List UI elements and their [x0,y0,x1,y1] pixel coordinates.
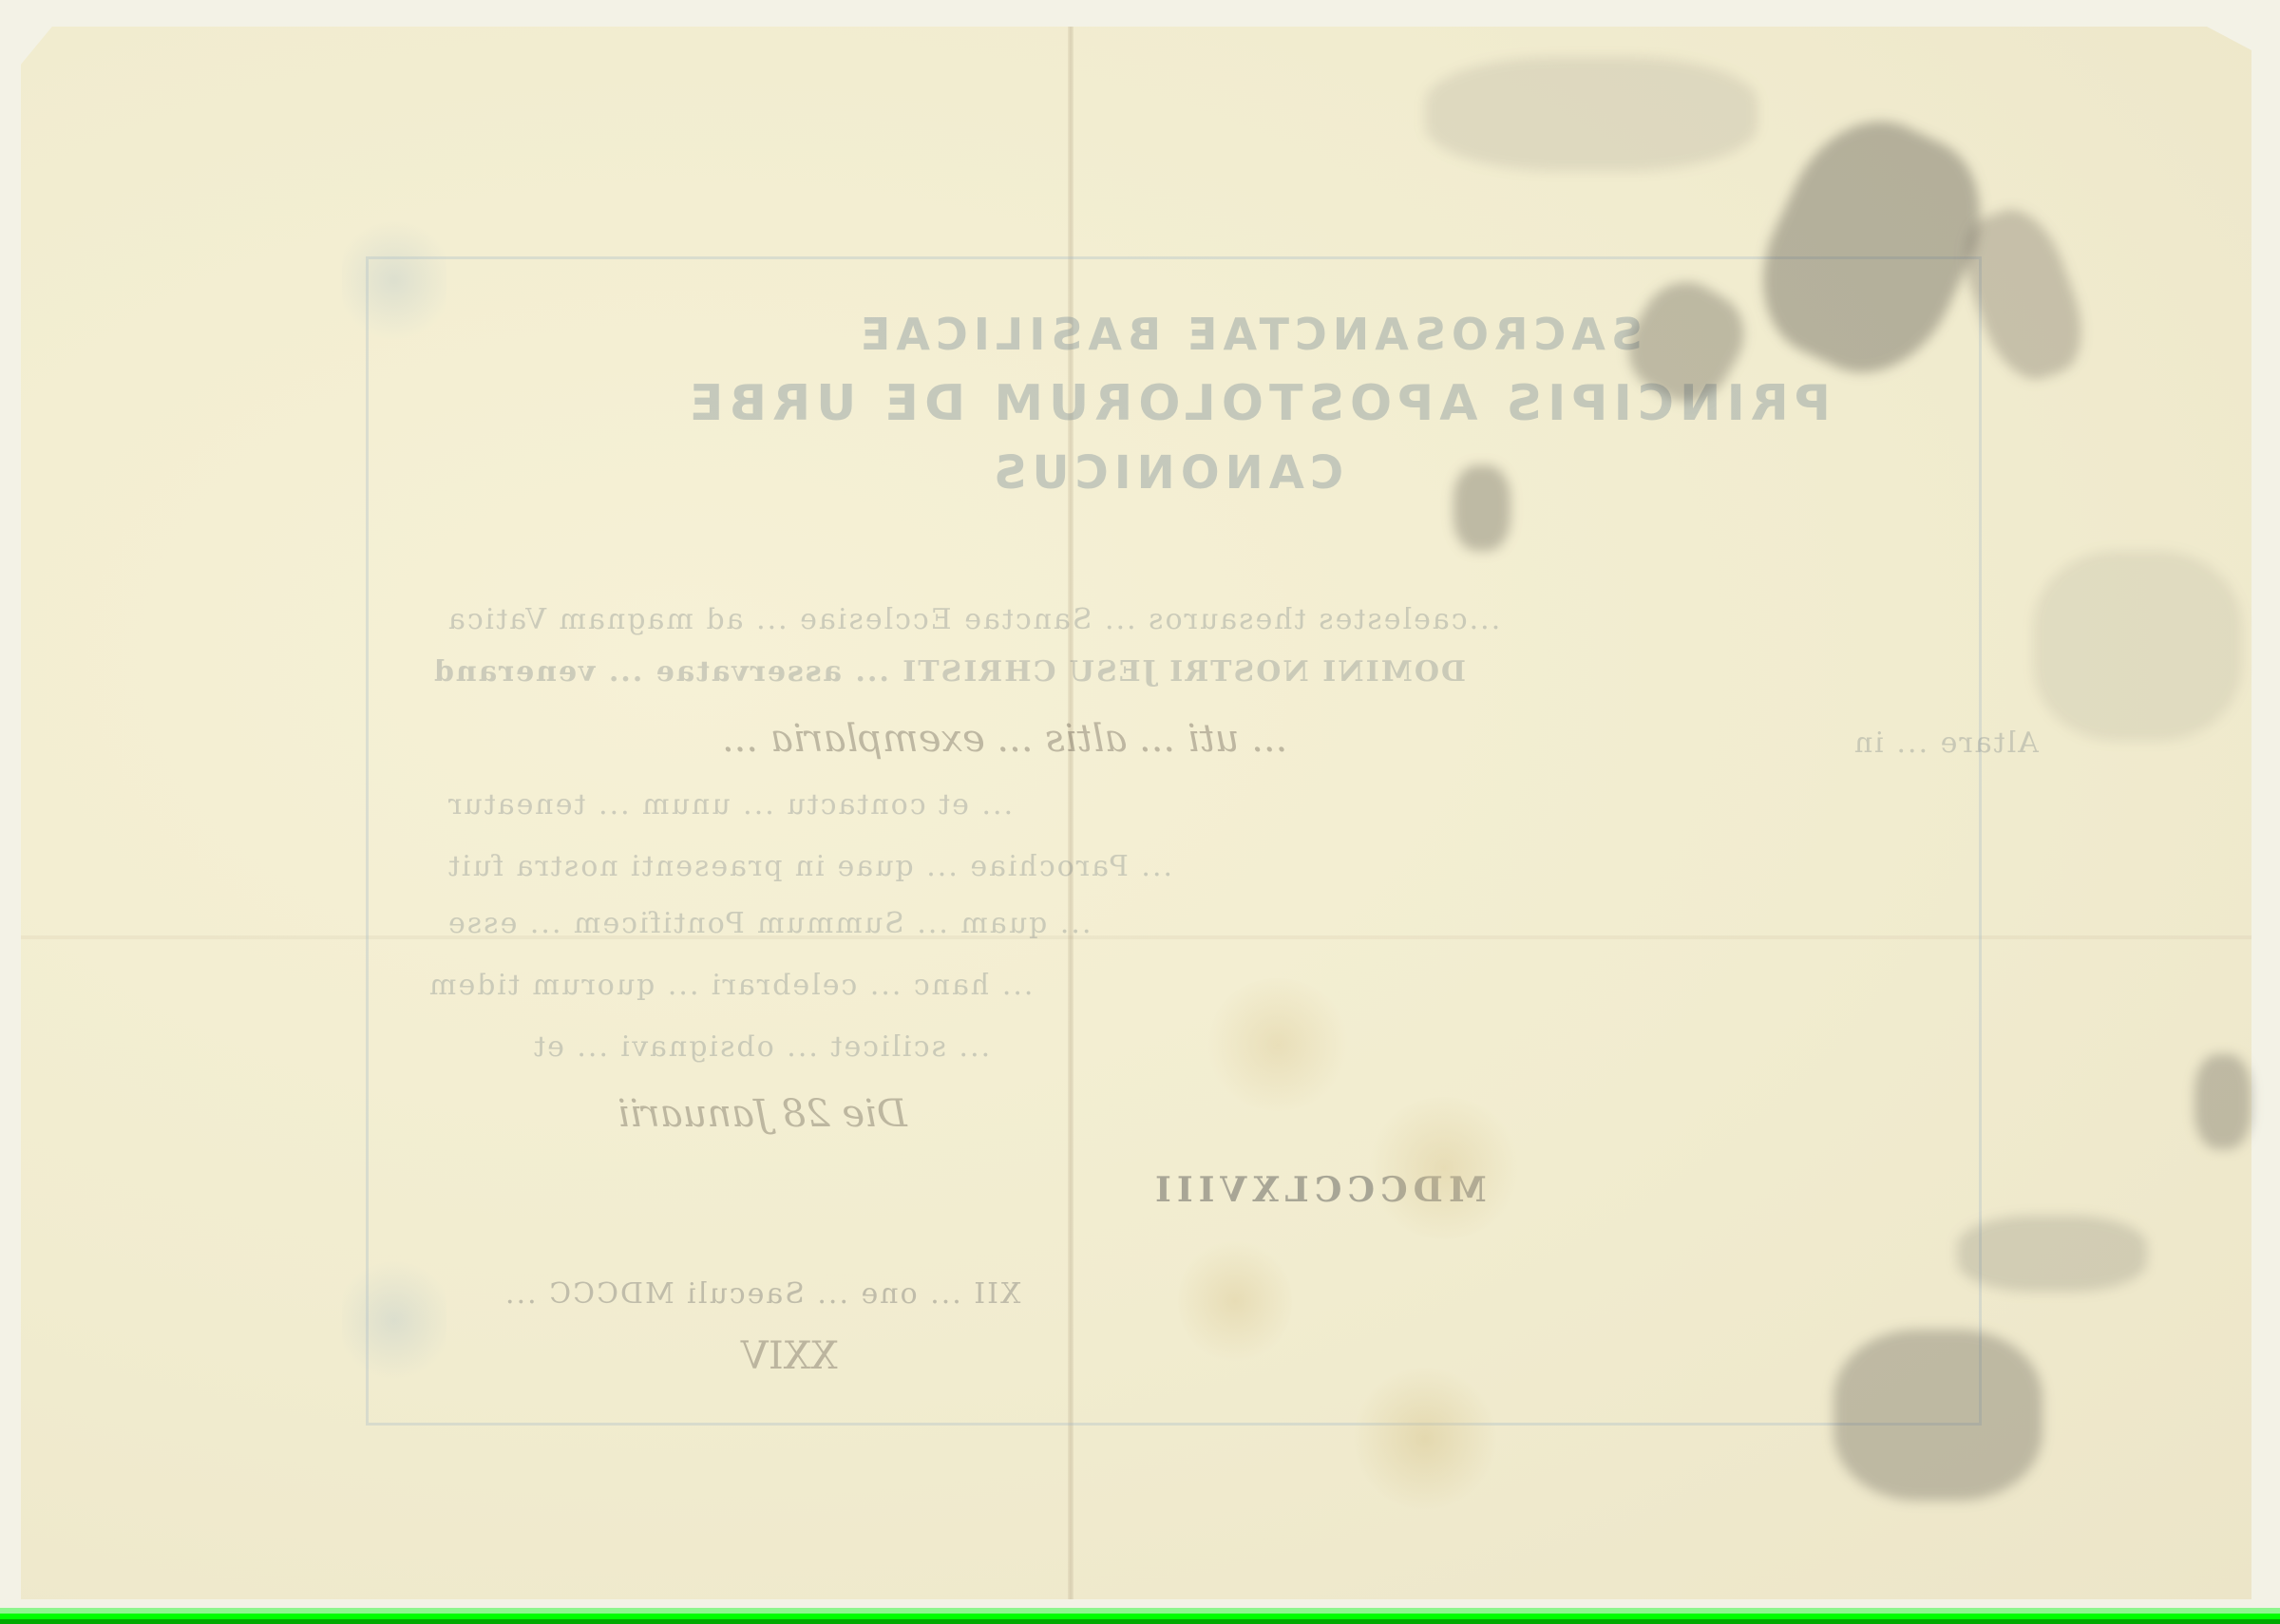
showthrough-body-line: ... Parochiae ... quae in praesenti nost… [446,850,1172,883]
showthrough-body-line: ... quam ... Summum Pontificem ... esse [446,907,1091,940]
water-stain [1206,978,1349,1111]
showthrough-body-line: ...caelestes thesauros ... Sanctae Eccle… [446,603,1500,636]
grime-smudge [2194,1054,2251,1149]
grime-smudge [1833,1330,2042,1501]
handwritten-date: Die 28 Januarii [617,1092,907,1136]
corner-ornament-top-left [342,214,446,347]
date-line: XII ... one ... Saeculi MDCCC ... [503,1277,1020,1311]
showthrough-body-line: DOMINI NOSTRI JESU CHRISTI ... asservata… [432,655,1466,689]
handwritten-line: ... uti ... altis ... exemplaria ... [722,717,1287,761]
water-stain [1354,1368,1496,1510]
corner-ornament-bottom-left [342,1254,446,1387]
water-stain [1368,1097,1520,1239]
water-stain [1178,1239,1292,1363]
handwritten-number: XXIV [741,1334,838,1378]
showthrough-body-line: Altare ... in [1852,727,2039,760]
showthrough-body-line: ... et contactu ... unum ... teneatur [446,788,1013,821]
showthrough-title-line-1: SACROSANCTAE BASILICAE [855,309,1643,360]
showthrough-body-line: ... hanc ... celebrari ... quorum tidem [427,969,1033,1002]
showthrough-title-line-3: CANONICUS [988,446,1343,500]
grime-smudge [1425,57,1757,171]
showthrough-body-line: ... scilicet ... obsignavi ... et [532,1030,990,1064]
grime-smudge [1453,465,1510,551]
grime-smudge [2033,551,2242,741]
bottom-bar-dark [0,1619,2280,1624]
grime-smudge [1957,1216,2147,1292]
